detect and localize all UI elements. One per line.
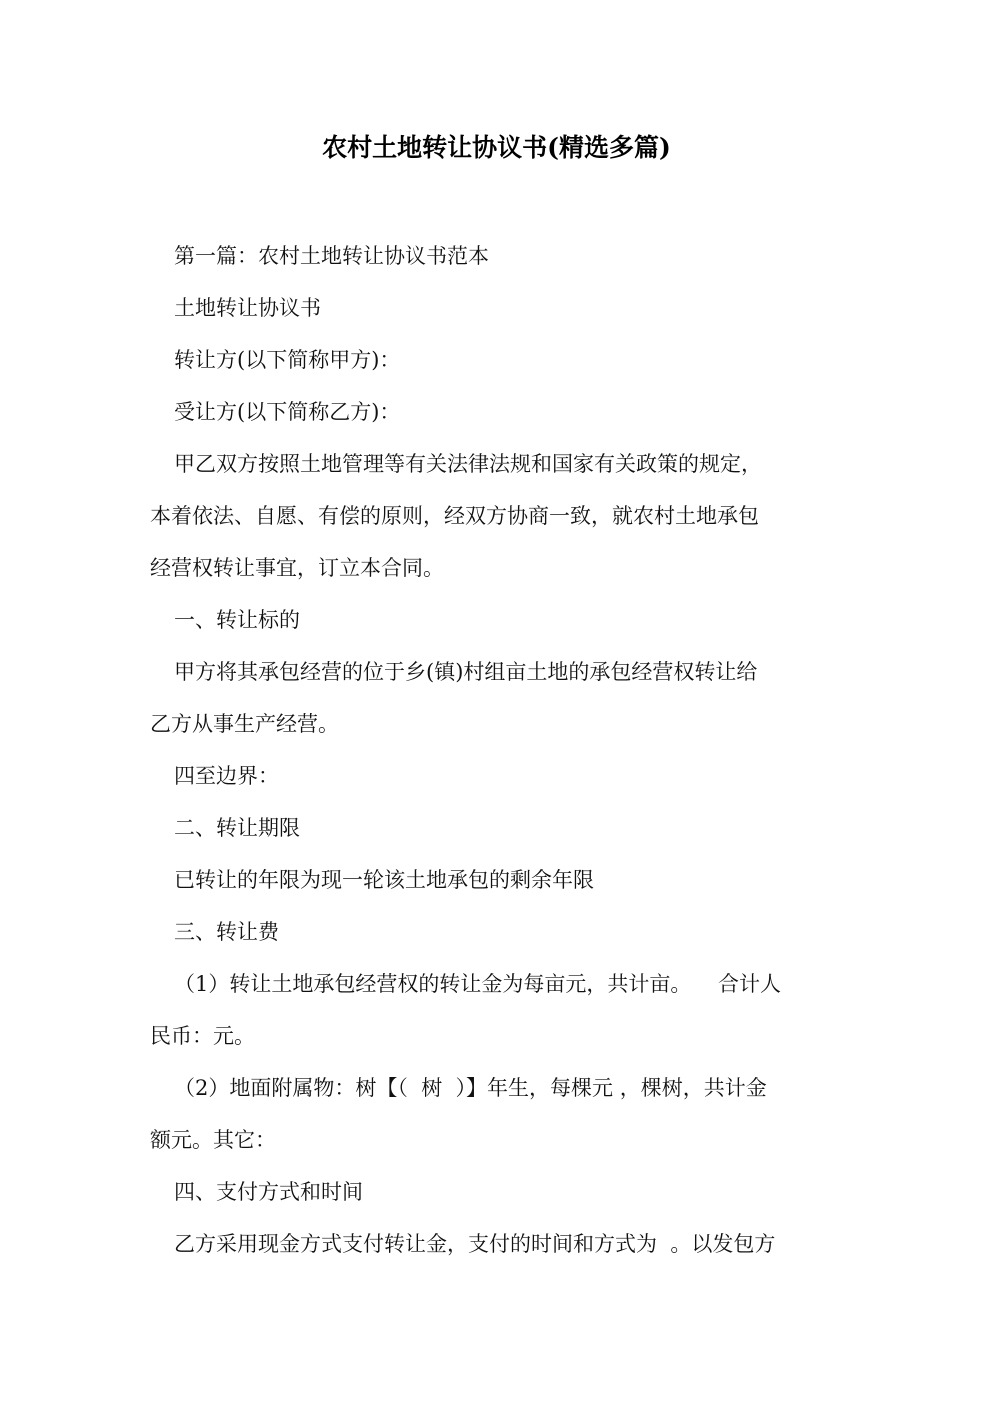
clause-3-item-2-line-1: （2）地面附属物：树【（ 树 ）】年生，每棵元 ，棵树，共计金 [150,1062,850,1114]
boundaries-label: 四至边界： [150,750,850,802]
clause-1-text-line-2: 乙方从事生产经营。 [150,698,850,750]
preamble-line-2: 本着依法、自愿、有偿的原则，经双方协商一致，就农村土地承包 [150,490,850,542]
document-title: 农村土地转让协议书(精选多篇) [0,128,993,168]
section-heading-part-one: 第一篇：农村土地转让协议书范本 [150,230,850,282]
clause-3-heading: 三、转让费 [150,906,850,958]
clause-4-text-line-1: 乙方采用现金方式支付转让金，支付的时间和方式为 。以发包方 [150,1218,850,1270]
preamble-line-1: 甲乙双方按照土地管理等有关法律法规和国家有关政策的规定， [150,438,850,490]
clause-2-text: 已转让的年限为现一轮该土地承包的剩余年限 [150,854,850,906]
clause-2-heading: 二、转让期限 [150,802,850,854]
clause-3-item-2-line-2: 额元。其它： [150,1114,850,1166]
clause-3-item-1-line-2: 民币：元。 [150,1010,850,1062]
document-page: 农村土地转让协议书(精选多篇) 第一篇：农村土地转让协议书范本 土地转让协议书 … [0,0,993,1404]
agreement-subtitle: 土地转让协议书 [150,282,850,334]
clause-4-heading: 四、支付方式和时间 [150,1166,850,1218]
clause-1-text-line-1: 甲方将其承包经营的位于乡(镇)村组亩土地的承包经营权转让给 [150,646,850,698]
transferor-label: 转让方(以下简称甲方)： [150,334,850,386]
preamble-line-3: 经营权转让事宜，订立本合同。 [150,542,850,594]
transferee-label: 受让方(以下简称乙方)： [150,386,850,438]
clause-1-heading: 一、转让标的 [150,594,850,646]
clause-3-item-1-line-1: （1）转让土地承包经营权的转让金为每亩元，共计亩。 合计人 [150,958,850,1010]
document-body: 第一篇：农村土地转让协议书范本 土地转让协议书 转让方(以下简称甲方)： 受让方… [150,230,850,1270]
